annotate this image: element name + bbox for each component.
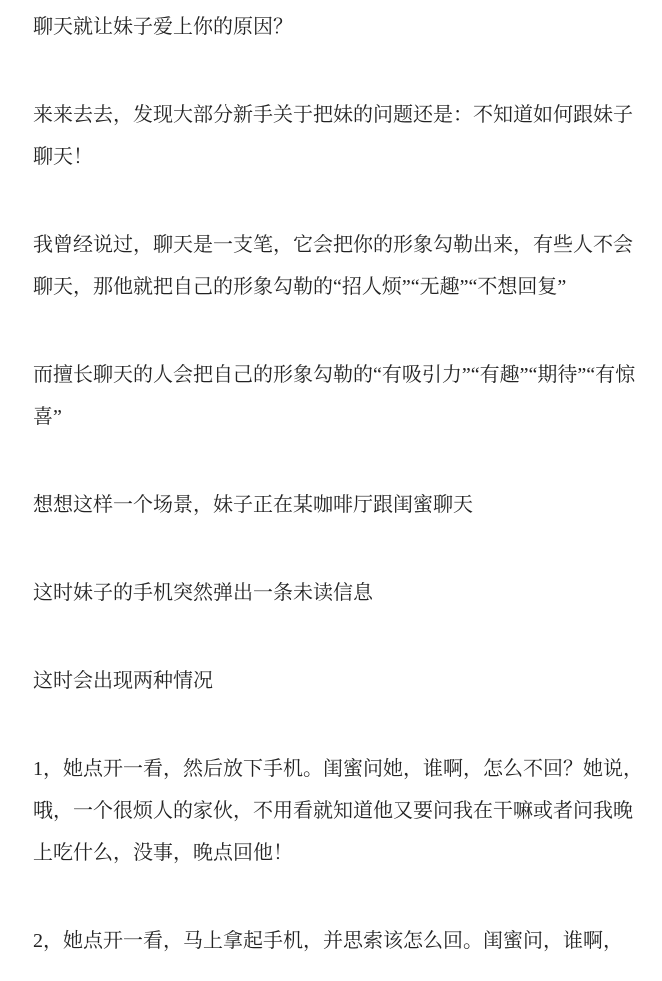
paragraph: 1，她点开一看，然后放下手机。闺蜜问她，谁啊，怎么不回？她说，哦，一个很烦人的家… [33,748,645,874]
paragraph: 想想这样一个场景，妹子正在某咖啡厅跟闺蜜聊天 [33,484,645,526]
article-title: 聊天就让妹子爱上你的原因？ [33,6,645,48]
paragraph: 这时妹子的手机突然弹出一条未读信息 [33,572,645,614]
article-page: 聊天就让妹子爱上你的原因？ 来来去去，发现大部分新手关于把妹的问题还是：不知道如… [0,0,662,981]
paragraph: 来来去去，发现大部分新手关于把妹的问题还是：不知道如何跟妹子聊天！ [33,94,645,178]
paragraph: 我曾经说过，聊天是一支笔，它会把你的形象勾勒出来，有些人不会聊天，那他就把自己的… [33,224,645,308]
paragraph: 这时会出现两种情况 [33,660,645,702]
paragraph: 而擅长聊天的人会把自己的形象勾勒的“有吸引力”“有趣”“期待”“有惊喜” [33,354,645,438]
paragraph: 2，她点开一看，马上拿起手机，并思索该怎么回。闺蜜问，谁啊， [33,920,645,962]
